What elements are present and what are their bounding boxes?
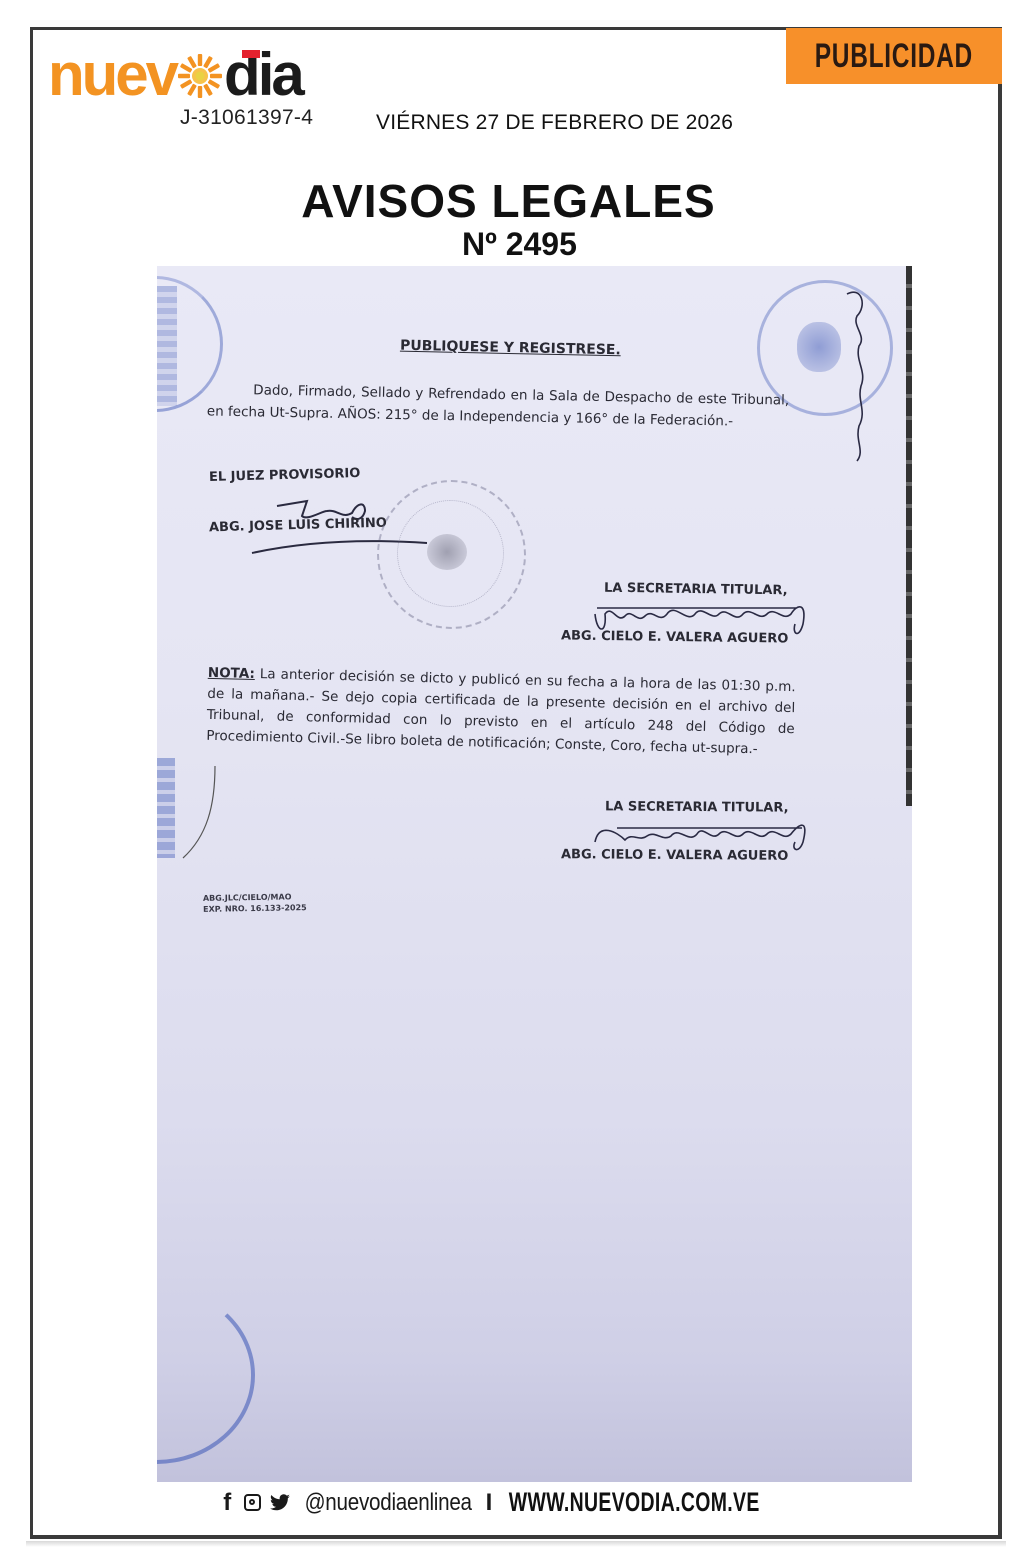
- website-link[interactable]: WWW.NUEVODIA.COM.VE: [509, 1487, 760, 1518]
- frame-shadow: [26, 1541, 1006, 1547]
- page-title: AVISOS LEGALES: [0, 174, 1027, 228]
- sun-icon: [177, 53, 223, 99]
- logo-dia-label: dia: [224, 41, 302, 108]
- facebook-icon[interactable]: f: [218, 1489, 236, 1517]
- section-badge-label: PUBLICIDAD: [815, 37, 973, 76]
- reference-code: ABG.JLC/CIELO/MAO EXP. NRO. 16.133-2025: [203, 891, 307, 915]
- note-label: NOTA:: [208, 665, 255, 682]
- legal-document-photo: PUBLIQUESE Y REGISTRESE. Dado, Firmado, …: [157, 266, 912, 1482]
- page-title-text: AVISOS LEGALES: [0, 174, 1027, 228]
- logo-text-nuev: nuev: [48, 47, 176, 103]
- secretary-name-2: ABG. CIELO E. VALERA AGUERO: [561, 847, 788, 864]
- social-handle[interactable]: @nuevodiaenlinea: [305, 1489, 472, 1517]
- stamp-fragment-mid-left: [157, 758, 175, 858]
- stamp-emblem-top-right: [797, 322, 841, 372]
- nuevodia-logo[interactable]: nuev dia: [48, 43, 302, 103]
- tax-id: J-31061397-4: [180, 106, 313, 130]
- footer-separator: I: [486, 1489, 493, 1517]
- document-paragraph: Dado, Firmado, Sellado y Refrendado en l…: [207, 378, 790, 433]
- stamp-arc-bottom-left: [157, 1286, 255, 1464]
- logo-text-dia: dia: [224, 47, 302, 103]
- secretary-name-1: ABG. CIELO E. VALERA AGUERO: [561, 628, 789, 646]
- footer: f @nuevodiaenlinea I WWW.NUEVODIA.COM.VE: [0, 1487, 1027, 1518]
- publication-date: VIÉRNES 27 DE FEBRERO DE 2026: [376, 111, 733, 135]
- document-heading: PUBLIQUESE Y REGISTRESE.: [400, 338, 621, 359]
- note-text: La anterior decisión se dicto y publicó …: [206, 666, 796, 757]
- notice-number: Nº 2495: [462, 226, 577, 263]
- section-badge: PUBLICIDAD: [786, 28, 1002, 84]
- margin-line-mid-left: [177, 766, 227, 866]
- court-seal-emblem: [427, 534, 467, 570]
- logo-accent-bar: [242, 50, 260, 58]
- document-note: NOTA: La anterior decisión se dicto y pu…: [206, 663, 796, 761]
- twitter-icon[interactable]: [269, 1494, 291, 1512]
- margin-signature: [837, 286, 897, 466]
- file-number: EXP. NRO. 16.133-2025: [203, 902, 307, 915]
- instagram-icon[interactable]: [244, 1494, 261, 1511]
